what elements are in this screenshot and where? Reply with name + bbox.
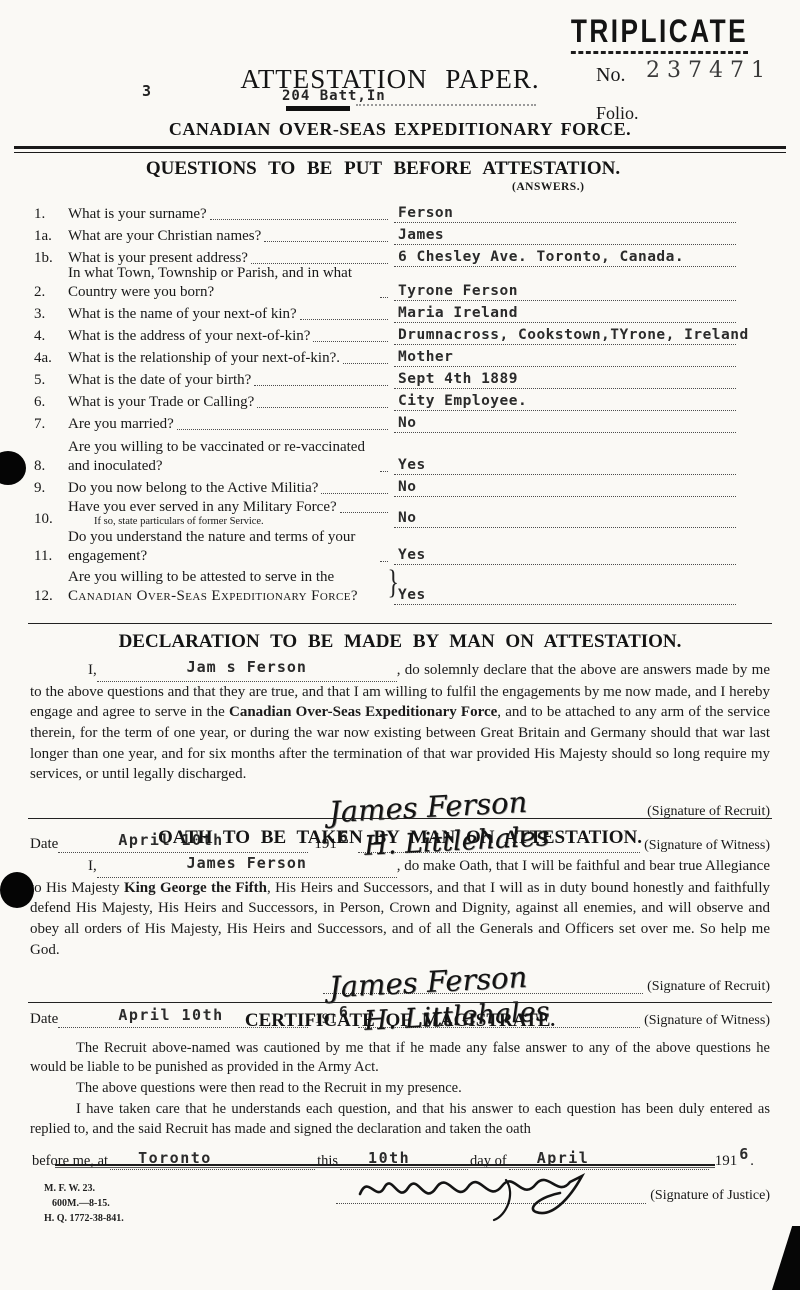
dotted-leader <box>343 363 388 364</box>
question-row: 12. Are you willing to be attested to se… <box>30 565 736 605</box>
certificate-paragraph-1: The Recruit above-named was cautioned by… <box>30 1039 770 1077</box>
declaration-paragraph: I,Jam s Ferson, do solemnly declare that… <box>30 659 770 785</box>
question-label: In what Town, Township or Parish, and in… <box>68 264 377 301</box>
question-row: 4a. What is the relationship of your nex… <box>30 345 736 367</box>
dotted-leader <box>210 219 388 220</box>
question-label: What is the date of your birth? <box>68 371 251 389</box>
punch-hole <box>0 872 34 908</box>
question-label: What is the relationship of your next-of… <box>68 349 340 367</box>
king-name-bold: King George the Fifth <box>124 880 267 896</box>
declaration-section: DECLARATION TO BE MADE BY MAN ON ATTESTA… <box>30 631 770 853</box>
recruit-signature-row: James Ferson (Signature of Recruit) <box>30 964 770 994</box>
triplicate-stamp: TRIPLICATE <box>571 13 748 54</box>
service-number: 237471 <box>646 58 772 83</box>
question-number: 3. <box>30 305 68 323</box>
justice-signature-scrawl-icon <box>356 1160 596 1227</box>
justice-signature-row: (Signature of Justice) <box>30 1174 770 1204</box>
no-label: No. <box>596 64 625 87</box>
question-number: 4. <box>30 327 68 345</box>
question-row: 4. What is the address of your next-of-k… <box>30 323 736 345</box>
page-title: ATTESTATION PAPER. <box>150 64 630 95</box>
certificate-paragraph-3: I have taken care that he understands ea… <box>30 1100 770 1138</box>
dotted-leader <box>380 471 388 472</box>
question-number: 8. <box>30 457 68 475</box>
dotted-leader <box>313 341 388 342</box>
scan-corner-artifact <box>772 1226 800 1290</box>
question-row: 10. Have you ever served in any Military… <box>30 497 736 528</box>
answer-value: Tyrone Ferson <box>398 283 518 299</box>
answer-value: Sept 4th 1889 <box>398 371 518 387</box>
question-row: 2. In what Town, Township or Parish, and… <box>30 267 736 301</box>
answer-value: James <box>398 227 444 243</box>
print-code-line: 600M.—8-15. <box>44 1196 124 1211</box>
signature-line: James Ferson <box>323 963 643 994</box>
answer-value: Maria Ireland <box>398 305 518 321</box>
question-row: 1. What is your surname? Ferson <box>30 201 736 223</box>
answer-value: Yes <box>398 547 426 563</box>
i-label: I, <box>88 858 97 874</box>
question-number: 2. <box>30 283 68 301</box>
dotted-leader <box>257 407 388 408</box>
form-print-codes: M. F. W. 23. 600M.—8-15. H. Q. 1772-38-8… <box>44 1181 124 1226</box>
ink-smudge <box>286 106 350 111</box>
question-label: What is your surname? <box>68 205 207 223</box>
certificate-section: CERTIFICATE OF MAGISTRATE. The Recruit a… <box>30 1010 770 1204</box>
section-rule <box>28 1002 772 1003</box>
question-number: 1. <box>30 205 68 223</box>
print-code-line: H. Q. 1772-38-841. <box>44 1211 124 1226</box>
question-row: 6. What is your Trade or Calling? City E… <box>30 389 736 411</box>
i-label: I, <box>88 662 97 678</box>
answer-line: Drumnacross, Cookstown,TYrone, Ireland <box>394 325 736 345</box>
questions-list: 1. What is your surname? Ferson 1a. What… <box>30 201 736 605</box>
question-number: 11. <box>30 547 68 565</box>
question-number: 7. <box>30 415 68 433</box>
answer-value: 6 Chesley Ave. Toronto, Canada. <box>398 249 684 265</box>
question-text: Do you now belong to the Active Militia? <box>68 479 390 497</box>
question-label: What is the name of your next-of kin? <box>68 305 297 323</box>
force-name-bold: Canadian Over-Seas Expeditionary Force <box>229 704 497 720</box>
question-number: 5. <box>30 371 68 389</box>
answer-value: No <box>398 415 416 431</box>
question-number: 9. <box>30 479 68 497</box>
question-row: 11. Do you understand the nature and ter… <box>30 528 736 565</box>
question-text: Are you willing to be attested to serve … <box>68 568 390 605</box>
question-text: Are you married? <box>68 415 390 433</box>
answer-value: Drumnacross, Cookstown,TYrone, Ireland <box>398 327 749 343</box>
question-text: Are you willing to be vaccinated or re-v… <box>68 438 390 475</box>
questions-heading: QUESTIONS TO BE PUT BEFORE ATTESTATION. <box>30 158 736 180</box>
recruit-signature-label: (Signature of Recruit) <box>643 804 770 819</box>
answer-line: Maria Ireland <box>394 303 736 323</box>
attestation-paper-scan: TRIPLICATE 3 ATTESTATION PAPER. 204 Batt… <box>0 0 800 1290</box>
typed-year-digit: 6 <box>739 1145 748 1163</box>
question-number: 4a. <box>30 349 68 367</box>
questions-section: QUESTIONS TO BE PUT BEFORE ATTESTATION. … <box>30 158 736 605</box>
question-label: Are you married? <box>68 415 174 433</box>
answer-value: Yes <box>398 457 426 473</box>
question-row: 9. Do you now belong to the Active Milit… <box>30 475 736 497</box>
typed-dashes <box>356 104 536 106</box>
question-text: What is the date of your birth? <box>68 371 390 389</box>
force-subtitle: CANADIAN OVER-SEAS EXPEDITIONARY FORCE. <box>0 119 800 140</box>
question-text: What are your Christian names? <box>68 227 390 245</box>
dotted-leader <box>254 385 388 386</box>
dotted-leader <box>380 561 388 562</box>
answer-value: Yes <box>398 587 426 603</box>
justice-signature-label: (Signature of Justice) <box>646 1188 770 1203</box>
answer-line: No <box>394 508 736 528</box>
typed-recruit-name: Jam s Ferson <box>187 658 307 676</box>
question-text: In what Town, Township or Parish, and in… <box>68 264 390 301</box>
dotted-leader <box>380 297 388 298</box>
answer-line: City Employee. <box>394 391 736 411</box>
answer-line: Yes <box>394 545 736 565</box>
justice-signature-line <box>336 1173 646 1204</box>
answer-line: James <box>394 225 736 245</box>
punch-hole <box>0 451 26 485</box>
answer-line: Yes <box>394 455 736 475</box>
typed-name-line: James Ferson <box>97 855 397 878</box>
dotted-leader <box>177 429 388 430</box>
oath-section: OATH TO BE TAKEN BY MAN ON ATTESTATION. … <box>30 827 770 1028</box>
dotted-leader <box>321 493 388 494</box>
question-text: What is your surname? <box>68 205 390 223</box>
recruit-signature-label: (Signature of Recruit) <box>643 979 770 994</box>
answer-line: No <box>394 413 736 433</box>
question-number: 12. <box>30 587 68 605</box>
answer-line: Ferson <box>394 203 736 223</box>
answer-value: Mother <box>398 349 453 365</box>
answer-line: No <box>394 477 736 497</box>
question-row: 3. What is the name of your next-of kin?… <box>30 301 736 323</box>
answer-line: Yes <box>394 585 736 605</box>
recruit-signature-row: James Ferson (Signature of Recruit) <box>30 789 770 819</box>
answer-value: No <box>398 479 416 495</box>
question-row: 7. Are you married? No <box>30 411 736 433</box>
question-label: Are you willing to be vaccinated or re-v… <box>68 438 377 475</box>
oath-paragraph: I,James Ferson, do make Oath, that I wil… <box>30 855 770 960</box>
answer-line: Sept 4th 1889 <box>394 369 736 389</box>
question-note: If so, state particulars of former Servi… <box>68 516 390 528</box>
question-label: What is your Trade or Calling? <box>68 393 254 411</box>
battalion-overprint: 204 Batt,In <box>282 88 386 104</box>
answer-value: City Employee. <box>398 393 527 409</box>
section-rule <box>28 818 772 819</box>
question-number: 1b. <box>30 249 68 267</box>
signature-line: James Ferson <box>323 788 643 819</box>
question-text: What is the name of your next-of kin? <box>68 305 390 323</box>
section-rule <box>28 623 772 624</box>
question-number: 10. <box>30 510 68 528</box>
question-row: 1a. What are your Christian names? James <box>30 223 736 245</box>
question-label: Have you ever served in any Military For… <box>68 498 337 516</box>
answer-line: Mother <box>394 347 736 367</box>
dotted-leader <box>300 319 388 320</box>
question-row: 5. What is the date of your birth? Sept … <box>30 367 736 389</box>
question-row: 8. Are you willing to be vaccinated or r… <box>30 433 736 475</box>
question-text: Have you ever served in any Military For… <box>68 498 390 528</box>
certificate-heading: CERTIFICATE OF MAGISTRATE. <box>30 1010 770 1032</box>
header-rule <box>14 146 786 153</box>
question-label-line2: Canadian Over-Seas Expeditionary Force? <box>68 587 358 605</box>
answer-line: 6 Chesley Ave. Toronto, Canada. <box>394 247 736 267</box>
question-label: Do you now belong to the Active Militia? <box>68 479 318 497</box>
period: . <box>748 1153 756 1170</box>
certificate-paragraph-2: The above questions were then read to th… <box>30 1079 770 1098</box>
question-label: Do you understand the nature and terms o… <box>68 528 377 565</box>
answers-label: (ANSWERS.) <box>512 181 736 193</box>
declaration-heading: DECLARATION TO BE MADE BY MAN ON ATTESTA… <box>30 631 770 653</box>
question-label: What is the address of your next-of-kin? <box>68 327 310 345</box>
answer-value: No <box>398 510 416 526</box>
dotted-leader <box>340 512 388 513</box>
question-text: What is the relationship of your next-of… <box>68 349 390 367</box>
question-label: What are your Christian names? <box>68 227 261 245</box>
bottom-rule <box>55 1164 715 1168</box>
question-number: 6. <box>30 393 68 411</box>
question-label: Are you willing to be attested to serve … <box>68 568 334 586</box>
answer-value: Ferson <box>398 205 453 221</box>
question-text: Do you understand the nature and terms o… <box>68 528 390 565</box>
typed-recruit-name: James Ferson <box>187 854 307 872</box>
typed-name-line: Jam s Ferson <box>97 659 397 682</box>
question-text: What is your Trade or Calling? <box>68 393 390 411</box>
print-code-line: M. F. W. 23. <box>44 1181 124 1196</box>
answer-line: Tyrone Ferson <box>394 281 736 301</box>
oath-heading: OATH TO BE TAKEN BY MAN ON ATTESTATION. <box>30 827 770 849</box>
dotted-leader <box>264 241 388 242</box>
question-text: What is the address of your next-of-kin? <box>68 327 390 345</box>
question-number: 1a. <box>30 227 68 245</box>
